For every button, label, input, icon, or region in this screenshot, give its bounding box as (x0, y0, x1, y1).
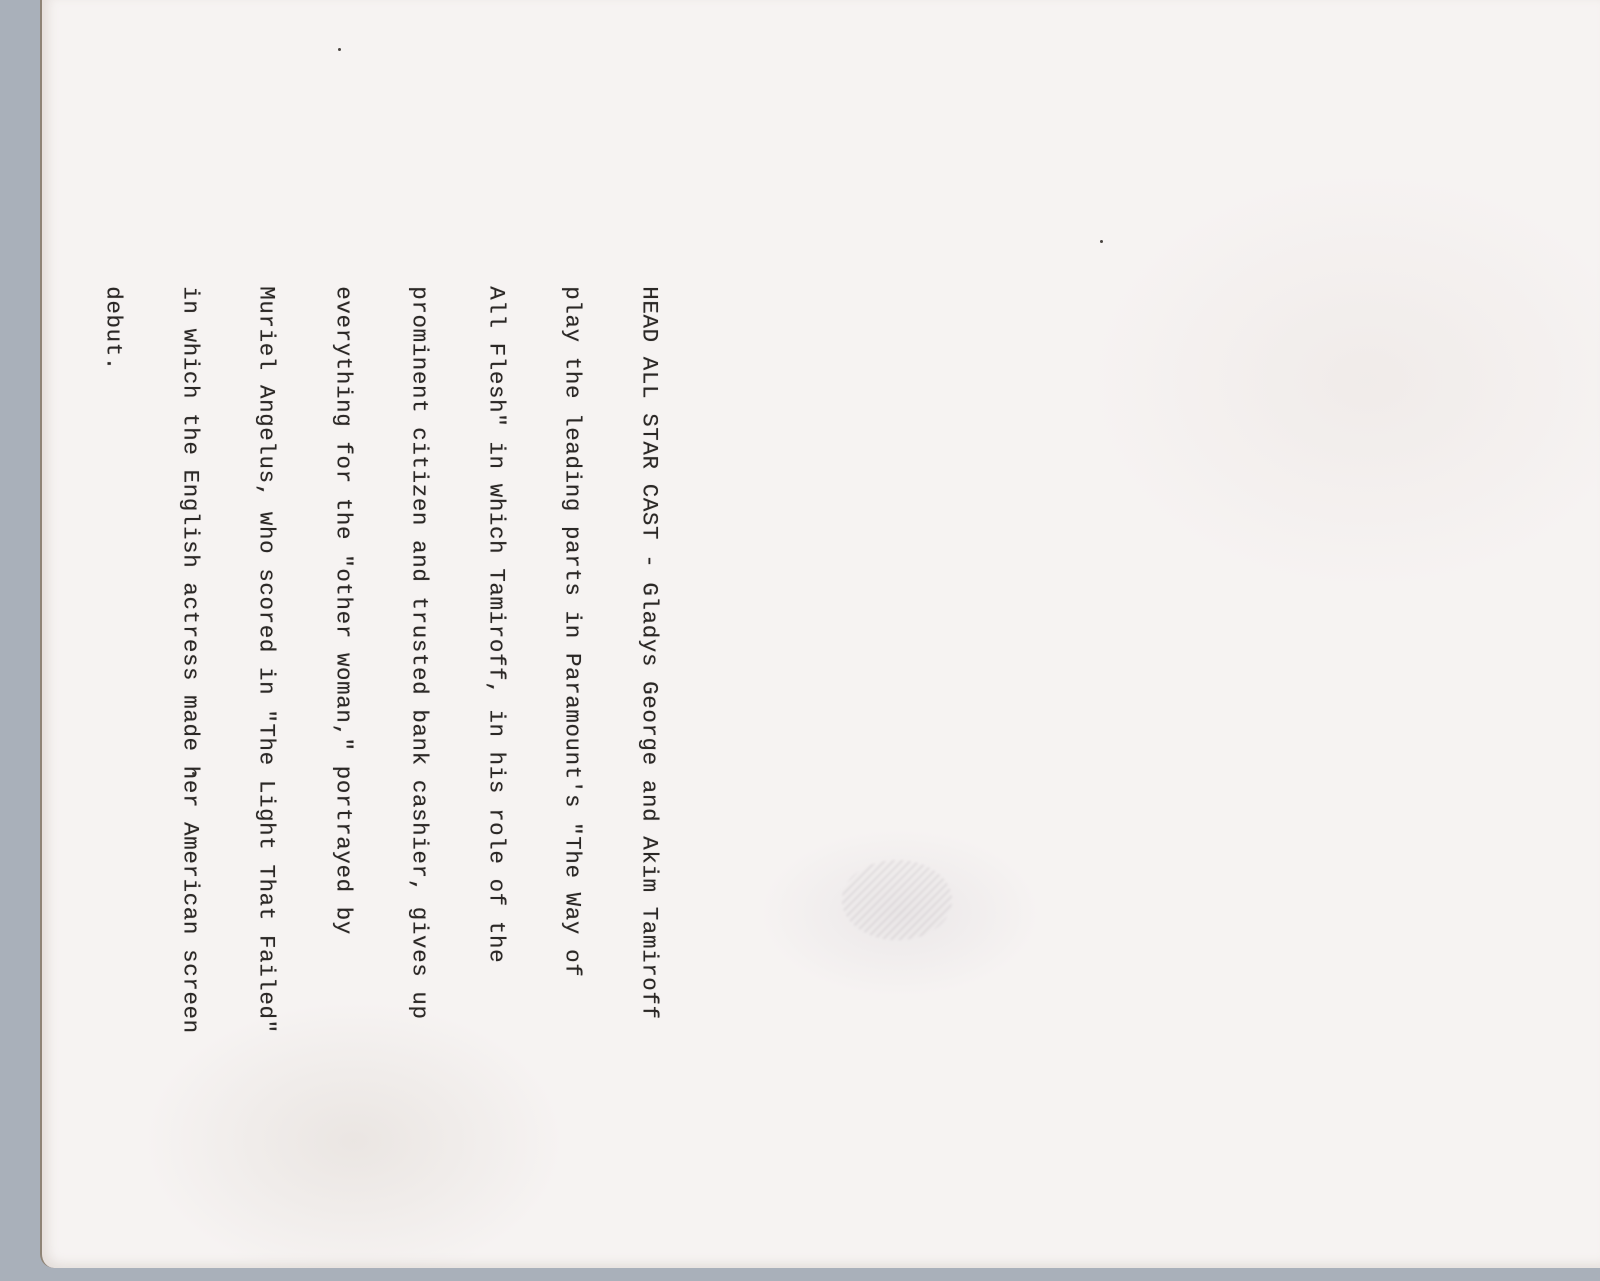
caption-line: prominent citizen and trusted bank cashi… (407, 286, 433, 1033)
caption-line: in which the English actress made her Am… (177, 286, 203, 1033)
caption-line: HEAD ALL STAR CAST - Gladys George and A… (636, 286, 662, 1033)
caption-line: play the leading parts in Paramount's "T… (560, 286, 586, 1033)
caption-line: Muriel Angelus, who scored in "The Light… (254, 286, 280, 1033)
caption-line: All Flesh" in which Tamiroff, in his rol… (483, 286, 509, 1033)
smudge-mark (842, 860, 952, 940)
ink-speck (338, 48, 341, 51)
caption-line: everything for the "other woman," portra… (330, 286, 356, 1033)
typed-caption: HEAD ALL STAR CAST - Gladys George and A… (50, 286, 713, 1033)
ink-speck (1100, 240, 1103, 243)
caption-line: debut. (101, 286, 127, 1033)
